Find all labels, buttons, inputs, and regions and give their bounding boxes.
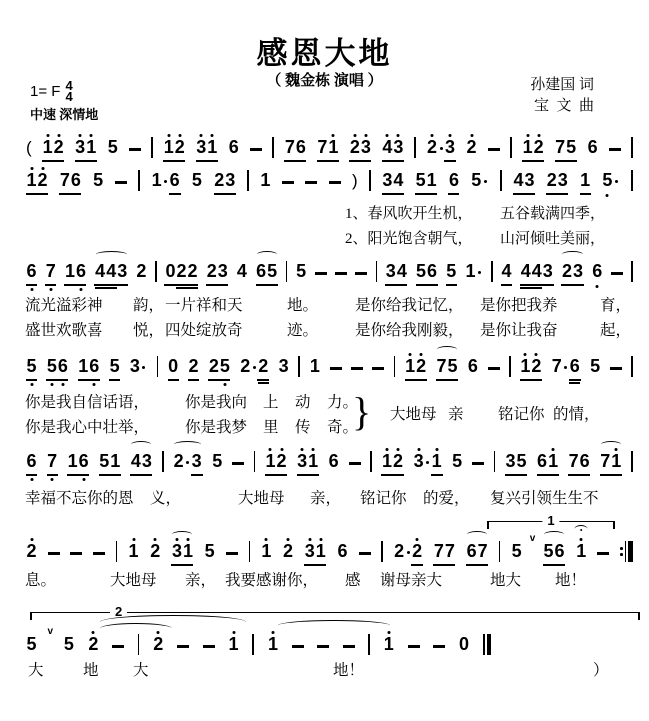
- note-group: 1: [128, 541, 139, 562]
- note-group: [408, 634, 420, 655]
- note-group: 5: [26, 634, 37, 655]
- note-group: [226, 541, 238, 562]
- note-group: 12: [520, 356, 542, 377]
- lyric-segment: 四处绽放奇: [165, 318, 243, 340]
- lyric-segment: 亲，: [310, 486, 341, 508]
- note-group: 2: [466, 137, 477, 158]
- barline: [286, 261, 288, 282]
- lyric-segment: 大地母: [238, 486, 285, 508]
- note-group: 76: [59, 170, 81, 191]
- note-group: 31: [171, 541, 193, 562]
- note-group: 23: [206, 261, 228, 282]
- note-group: 31: [304, 541, 326, 562]
- note-group: [250, 137, 262, 158]
- note-group: 56: [543, 541, 565, 562]
- barline: [298, 356, 300, 377]
- barline: [155, 261, 157, 282]
- barline: [631, 261, 633, 282]
- note-group: [609, 137, 621, 158]
- note-group: 25: [208, 356, 230, 377]
- lyric-segment: 迹。: [287, 318, 318, 340]
- volta-bracket-1: 1: [487, 521, 615, 530]
- lyric-segment: 的情，: [553, 402, 600, 424]
- credits-block: 孙建国 词宝 文 曲: [530, 75, 594, 117]
- barline: [272, 137, 274, 158]
- barline: [162, 451, 164, 472]
- barline: [414, 137, 416, 158]
- barline: [381, 541, 383, 562]
- note-group: 2: [88, 634, 99, 655]
- note-group: [351, 356, 363, 377]
- note-group: [343, 634, 355, 655]
- note-group: [330, 356, 342, 377]
- lyric-segment: 复兴引领生生不: [490, 486, 599, 508]
- note-group: [329, 170, 341, 191]
- note-group: 12: [26, 170, 48, 191]
- lyric-segment: 起，: [600, 318, 631, 340]
- barline: [483, 634, 491, 655]
- lyric-segment: 地。: [287, 293, 318, 315]
- note-group: 1: [267, 634, 278, 655]
- note-group: [292, 634, 304, 655]
- note-group: 6: [587, 137, 598, 158]
- note-group: [317, 634, 329, 655]
- note-group: [597, 541, 609, 562]
- note-group: 16: [78, 356, 100, 377]
- note-group: 6: [228, 137, 239, 158]
- note-group: 1: [383, 634, 394, 655]
- barline: [368, 634, 370, 655]
- barline: [631, 356, 633, 377]
- lyric-segment: 大地母: [390, 402, 437, 424]
- note-group: 76: [284, 137, 306, 158]
- note-group: 23: [173, 451, 202, 472]
- note-group: 6: [328, 451, 339, 472]
- note-group: [203, 634, 215, 655]
- lyric-segment: 感: [345, 568, 361, 590]
- lyric-segment: 山河倾吐美丽，: [500, 227, 605, 248]
- music-line-1: (12315123167671234323212756: [26, 137, 633, 158]
- note-group: 75: [436, 356, 458, 377]
- music-line-4: 5561653022522311275612765: [26, 356, 633, 377]
- barline: [151, 137, 153, 158]
- note-group: 443: [95, 261, 128, 282]
- note-group: 7: [45, 261, 56, 282]
- lyric-segment: 一片祥和天: [165, 293, 243, 315]
- barline: [394, 356, 396, 377]
- lyric-segment: 大: [28, 658, 44, 680]
- note-group: 6: [448, 170, 459, 191]
- lyric-segment: 义，: [150, 486, 181, 508]
- note-group: [93, 541, 105, 562]
- lyric-segment: 育，: [600, 293, 631, 315]
- lyric-segment: 地: [83, 658, 99, 680]
- lyric-segment: 的爱，: [423, 486, 470, 508]
- note-group: 5: [446, 261, 457, 282]
- note-group: 4: [236, 261, 247, 282]
- note-group: 34: [385, 261, 407, 282]
- lyric-line-6: 息。大地母亲，我要感谢你，感谢母亲大地大地！: [0, 568, 649, 588]
- music-line-3: 671644320222346553456514443236: [26, 261, 633, 282]
- note-group: 34: [382, 170, 404, 191]
- barline: [247, 170, 249, 191]
- barline: [252, 634, 254, 655]
- note-group: 56: [416, 261, 438, 282]
- note-group: [232, 451, 244, 472]
- slur-arc: [100, 615, 246, 629]
- barline: [138, 634, 140, 655]
- note-group: 1: [261, 541, 272, 562]
- lyric-segment: 息。: [25, 568, 56, 590]
- note-group: 2: [153, 634, 164, 655]
- note-group: 16: [64, 261, 86, 282]
- barline: [499, 541, 501, 562]
- lyric-line-4-right: 大地母亲铭记你的情，: [0, 402, 649, 422]
- note-group: 76: [551, 356, 580, 377]
- note-group: [112, 634, 124, 655]
- note-group: [372, 356, 384, 377]
- note-group: 5: [452, 451, 463, 472]
- barline: [116, 541, 118, 562]
- note-group: 16: [67, 451, 89, 472]
- note-group: 6: [26, 261, 37, 282]
- note-group: 67: [466, 541, 488, 562]
- lyric-segment: 地！: [555, 568, 586, 590]
- note-group: 12: [381, 451, 403, 472]
- note-group: 43: [382, 137, 404, 158]
- barline: [631, 451, 633, 472]
- phrase-paren: (: [26, 137, 32, 158]
- lyric-segment: 是你把我养: [480, 293, 558, 315]
- key-text: 1= F: [30, 83, 60, 100]
- page-title: 感恩大地: [0, 28, 649, 73]
- note-group: 61: [537, 451, 559, 472]
- lyric-segment: 悦，: [133, 318, 164, 340]
- note-group: [488, 356, 500, 377]
- lyric-segment: 是你给我刚毅，: [355, 318, 464, 340]
- barline: [157, 356, 159, 377]
- note-group: 3: [129, 356, 147, 377]
- note-group: 12: [265, 451, 287, 472]
- lyric-segment: ）: [593, 658, 609, 680]
- breath-mark: v: [530, 533, 536, 544]
- lyric-segment: 1、春风吹开生机，: [345, 202, 473, 223]
- note-group: [472, 451, 484, 472]
- slur-arc: [278, 620, 390, 631]
- note-group: 23: [561, 261, 583, 282]
- note-group: 12: [522, 137, 544, 158]
- note-group: 71: [317, 137, 339, 158]
- note-group: 6: [467, 356, 478, 377]
- time-signature: 4 4: [65, 80, 72, 102]
- note-group: [129, 137, 141, 158]
- note-group: 23: [546, 170, 568, 191]
- note-group: 1: [576, 541, 587, 562]
- note-group: 1: [309, 356, 320, 377]
- note-group: 31: [297, 451, 319, 472]
- barline: [254, 451, 256, 472]
- lyric-segment: 盛世欢歌喜: [25, 318, 103, 340]
- note-group: [335, 261, 347, 282]
- note-group: 1: [580, 170, 591, 191]
- lyric-segment: 大地母: [110, 568, 157, 590]
- note-group: 31: [413, 451, 442, 472]
- volta-1-label: 1: [542, 513, 559, 528]
- note-group: 6: [26, 451, 37, 472]
- barline: [369, 170, 371, 191]
- barline: [631, 137, 633, 158]
- barline: [370, 451, 372, 472]
- note-group: 77: [433, 541, 455, 562]
- note-group: 65: [256, 261, 278, 282]
- note-group: 76: [568, 451, 590, 472]
- note-group: [305, 170, 317, 191]
- note-group: 2: [283, 541, 294, 562]
- note-group: [359, 541, 371, 562]
- note-group: 5: [212, 451, 223, 472]
- note-group: 2: [26, 541, 37, 562]
- note-group: 4: [501, 261, 512, 282]
- barline: [491, 261, 493, 282]
- composer-credit: 宝 文 曲: [534, 98, 594, 114]
- note-group: [315, 261, 327, 282]
- barline: [631, 170, 633, 191]
- note-group: 5: [26, 356, 37, 377]
- barline: [494, 451, 496, 472]
- note-group: 0: [458, 634, 469, 655]
- note-group: 75: [555, 137, 577, 158]
- note-group: 31: [75, 137, 97, 158]
- note-group: 71: [600, 451, 622, 472]
- note-group: 5: [296, 261, 307, 282]
- note-group: 43: [130, 451, 152, 472]
- note-group: 5: [602, 170, 620, 191]
- note-group: 23: [214, 170, 236, 191]
- note-group: 022: [165, 261, 198, 282]
- lyric-line-3b: 盛世欢歌喜悦，四处绽放奇迹。是你给我刚毅，是你让我奋起，: [0, 318, 649, 338]
- note-group: 5: [511, 541, 522, 562]
- music-line-5: 67165143235123161231535617671: [26, 451, 633, 472]
- key-signature: 1= F 4 4: [30, 80, 73, 102]
- note-group: 12: [405, 356, 427, 377]
- note-group: 23: [426, 137, 455, 158]
- lyric-segment: 亲: [448, 402, 464, 424]
- note-group: [488, 137, 500, 158]
- lyric-segment: 亲，: [185, 568, 216, 590]
- lyric-segment: 大: [133, 658, 149, 680]
- note-group: [355, 261, 367, 282]
- music-line-2: 12765165231)345165432315: [26, 170, 633, 191]
- time-bottom: 4: [65, 91, 72, 102]
- note-group: 5: [471, 170, 489, 191]
- music-line-6: 212315123162277675v561: [26, 541, 633, 562]
- verse-line-1: 1、春风吹开生机，五谷载满四季，: [0, 202, 649, 222]
- lyric-segment: 我要感谢你，: [225, 568, 318, 590]
- note-group: 12: [163, 137, 185, 158]
- note-group: [177, 634, 189, 655]
- note-group: 2: [150, 541, 161, 562]
- note-group: [433, 634, 445, 655]
- music-line-7: 5v5221110: [26, 634, 491, 655]
- note-group: 22: [240, 356, 269, 377]
- note-group: 2: [136, 261, 147, 282]
- lyric-segment: 五谷载满四季，: [500, 202, 605, 223]
- lyric-segment: 铭记你: [498, 402, 545, 424]
- note-group: 5: [107, 137, 118, 158]
- note-group: 3: [278, 356, 289, 377]
- note-group: [610, 356, 622, 377]
- lyric-segment: 2、阳光饱含朝气，: [345, 227, 473, 248]
- barline: [249, 541, 251, 562]
- note-group: 5: [204, 541, 215, 562]
- barline: [376, 261, 378, 282]
- note-group: 1: [465, 261, 483, 282]
- note-group: 2: [188, 356, 199, 377]
- note-group: 12: [42, 137, 64, 158]
- note-group: 6: [592, 261, 603, 282]
- note-group: 35: [505, 451, 527, 472]
- note-group: 51: [99, 451, 121, 472]
- barline: [620, 541, 633, 562]
- note-group: 56: [46, 356, 68, 377]
- lyric-line-3a: 流光溢彩神韵，一片祥和天地。是你给我记忆，是你把我养育，: [0, 293, 649, 313]
- lyric-line-5: 幸福不忘你的恩义，大地母亲，铭记你的爱，复兴引领生生不: [0, 486, 649, 506]
- breath-mark: v: [47, 626, 53, 637]
- note-group: 5: [93, 170, 104, 191]
- barline: [509, 356, 511, 377]
- note-group: 5: [63, 634, 74, 655]
- note-group: 5: [109, 356, 120, 377]
- note-group: 43: [513, 170, 535, 191]
- note-group: 5: [191, 170, 202, 191]
- note-group: 22: [394, 541, 423, 562]
- lyric-segment: 幸福不忘你的恩: [25, 486, 134, 508]
- lyric-segment: 谢母亲大: [380, 568, 442, 590]
- verse-line-2: 2、阳光饱含朝气，山河倾吐美丽，: [0, 227, 649, 247]
- sheet-music-page: 感恩大地 （ 魏金栋 演唱 ） 孙建国 词宝 文 曲 1= F 4 4 中速 深…: [0, 0, 649, 721]
- note-group: 7: [47, 451, 58, 472]
- note-group: 51: [415, 170, 437, 191]
- note-group: [282, 170, 294, 191]
- lyric-segment: 是你给我记忆，: [355, 293, 464, 315]
- note-group: [611, 261, 623, 282]
- lyric-segment: 韵，: [133, 293, 164, 315]
- note-group: 16: [151, 170, 180, 191]
- note-group: 1: [260, 170, 271, 191]
- lyricist-credit: 孙建国 词: [530, 77, 594, 93]
- phrase-paren: ): [352, 170, 358, 191]
- lyric-segment: 铭记你: [360, 486, 407, 508]
- note-group: [349, 451, 361, 472]
- barline: [500, 170, 502, 191]
- lyric-segment: 是你让我奋: [480, 318, 558, 340]
- note-group: 0: [168, 356, 179, 377]
- tempo-marking: 中速 深情地: [30, 104, 98, 123]
- lyric-segment: 地！: [333, 658, 364, 680]
- note-group: 1: [228, 634, 239, 655]
- lyric-line-7: 大地大地！）: [0, 658, 649, 678]
- note-group: [115, 170, 127, 191]
- note-group: 23: [349, 137, 371, 158]
- note-group: 5: [590, 356, 601, 377]
- note-group: 31: [196, 137, 218, 158]
- note-group: [48, 541, 60, 562]
- note-group: 6: [337, 541, 348, 562]
- barline: [138, 170, 140, 191]
- lyric-segment: 地大: [490, 568, 521, 590]
- note-group: [70, 541, 82, 562]
- note-group: 443: [520, 261, 553, 282]
- lyric-segment: 流光溢彩神: [25, 293, 103, 315]
- barline: [510, 137, 512, 158]
